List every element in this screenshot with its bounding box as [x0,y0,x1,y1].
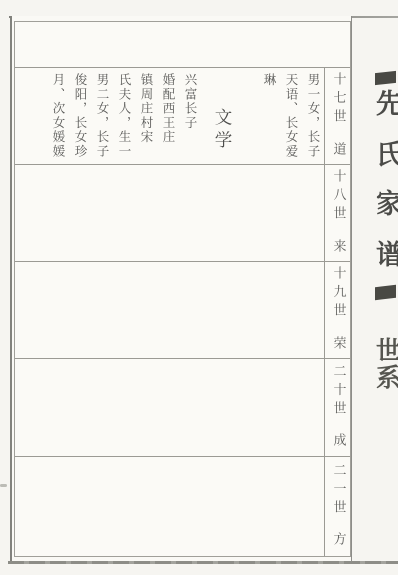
generation-label-18: 十八世来 [324,165,350,262]
edge-section-char: 系 [376,365,398,390]
generation-period: 二一世 [331,463,346,519]
generation-character: 道 [331,142,346,161]
entry-text-column: 兴富长子 [179,73,201,164]
entry-text-column: 月、次女媛媛 [47,73,69,164]
generation-17-content: 男一女，长子 天语、长女爱 琳 文学 兴富长子 婚配西王庄 镇周庄村宋 氏夫人，… [15,68,324,165]
edge-title-char: 氏 [376,142,398,169]
scan-artifact [0,484,7,487]
edge-ornament-icon [375,285,396,301]
generation-21-content [15,457,324,556]
entry-person-name: 文学 [209,108,234,164]
generation-character: 成 [331,433,346,452]
generation-character: 荣 [331,336,346,355]
frame-bottom-rule [8,561,398,564]
entry-text-column: 镇周庄村宋 [135,73,157,164]
generation-character: 来 [331,239,346,258]
edge-section-char: 世 [376,338,398,363]
generation-period: 十八世 [331,169,346,225]
entry-text-column: 婚配西王庄 [157,73,179,164]
continuation-column: 琳 [258,73,280,164]
generation-label-20: 二十世成 [324,359,350,457]
generation-period: 二十世 [331,364,346,420]
page-frame: 男一女，长子 天语、长女爱 琳 文学 兴富长子 婚配西王庄 镇周庄村宋 氏夫人，… [10,16,352,562]
generation-20-content [15,359,324,457]
generation-18-content [15,165,324,262]
generation-label-17: 十七世道 [324,68,350,165]
generation-period: 十七世 [331,72,346,128]
header-band [15,22,350,68]
genealogy-page-scan: 男一女，长子 天语、长女爱 琳 文学 兴富长子 婚配西王庄 镇周庄村宋 氏夫人，… [0,0,398,575]
entry-text-column: 俊阳，长女珍 [69,73,91,164]
edge-title-char: 先 [376,91,398,118]
entry-text-column: 氏夫人，生一 [113,73,135,164]
generation-19-content [15,262,324,359]
continuation-column: 男一女，长子 [302,73,324,164]
genealogy-table: 男一女，长子 天语、长女爱 琳 文学 兴富长子 婚配西王庄 镇周庄村宋 氏夫人，… [15,22,350,556]
entry-text-column: 男二女，长子 [91,73,113,164]
generation-label-19: 十九世荣 [324,262,350,359]
generation-period: 十九世 [331,266,346,322]
edge-ornament-icon [375,71,396,85]
page-frame-inner: 男一女，长子 天语、长女爱 琳 文学 兴富长子 婚配西王庄 镇周庄村宋 氏夫人，… [14,21,351,557]
continuation-column: 天语、长女爱 [280,73,302,164]
edge-title-char: 家 [376,191,398,218]
generation-label-21: 二一世方 [324,457,350,556]
generation-character: 方 [331,532,346,551]
edge-title-char: 谱 [376,242,398,269]
